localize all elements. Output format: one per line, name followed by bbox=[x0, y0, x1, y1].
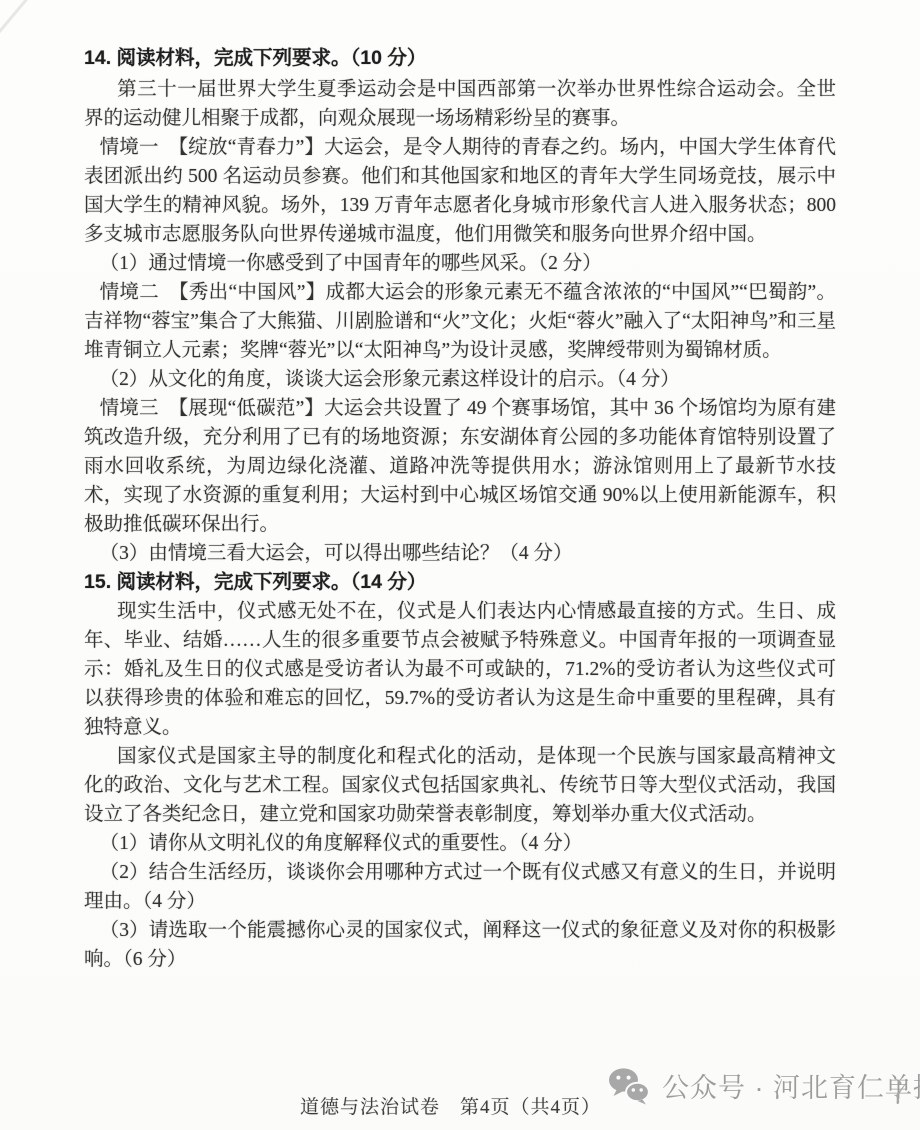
exam-page: 14. 阅读材料，完成下列要求。（10 分） 第三十一届世界大学生夏季运动会是中… bbox=[0, 0, 920, 1130]
page-footer-title: 道德与法治试卷 第4页（共4页） bbox=[300, 1092, 601, 1119]
wechat-watermark-label: 公众号 · 河北育仁单招 bbox=[662, 1066, 920, 1105]
exam-content: 14. 阅读材料，完成下列要求。（10 分） 第三十一届世界大学生夏季运动会是中… bbox=[84, 44, 836, 974]
question-15-heading: 15. 阅读材料，完成下列要求。（14 分） bbox=[84, 568, 836, 597]
question-15-paragraph-2: 国家仪式是国家主导的制度化和程式化的活动，是体现一个民族与国家最高精神文化的政治… bbox=[84, 742, 836, 829]
question-14-subquestion-2: （2）从文化的角度，谈谈大运会形象元素这样设计的启示。（4 分） bbox=[84, 365, 836, 394]
question-14-subquestion-1: （1）通过情境一你感受到了中国青年的哪些风采。（2 分） bbox=[84, 249, 836, 278]
question-14-scenario-3: 情境三 【展现“低碳范”】大运会共设置了 49 个赛事场馆，其中 36 个场馆均… bbox=[84, 394, 836, 539]
wechat-watermark: 公众号 · 河北育仁单招 bbox=[608, 1066, 920, 1105]
question-15-paragraph-1: 现实生活中，仪式感无处不在，仪式是人们表达内心情感最直接的方式。生日、成年、毕业… bbox=[84, 597, 836, 742]
question-15-subquestion-2: （2）结合生活经历，谈谈你会用哪种方式过一个既有仪式感又有意义的生日，并说明理由… bbox=[84, 858, 836, 916]
cropped-character-fragment: 冫 bbox=[891, 1070, 920, 1111]
question-14-heading: 14. 阅读材料，完成下列要求。（10 分） bbox=[84, 44, 836, 73]
question-15-subquestion-1: （1）请你从文明礼仪的角度解释仪式的重要性。（4 分） bbox=[84, 829, 836, 858]
scan-artifact-line bbox=[0, 0, 39, 46]
question-14: 14. 阅读材料，完成下列要求。（10 分） 第三十一届世界大学生夏季运动会是中… bbox=[84, 44, 836, 568]
question-15-subquestion-3: （3）请选取一个能震撼你心灵的国家仪式，阐释这一仪式的象征意义及对你的积极影响。… bbox=[84, 916, 836, 974]
question-14-scenario-2: 情境二 【秀出“中国风”】成都大运会的形象元素无不蕴含浓浓的“中国风”“巴蜀韵”… bbox=[84, 278, 836, 365]
question-15: 15. 阅读材料，完成下列要求。（14 分） 现实生活中，仪式感无处不在，仪式是… bbox=[84, 568, 836, 974]
question-14-subquestion-3: （3）由情境三看大运会，可以得出哪些结论？（4 分） bbox=[84, 539, 836, 568]
wechat-icon bbox=[608, 1067, 650, 1105]
question-14-intro-paragraph: 第三十一届世界大学生夏季运动会是中国西部第一次举办世界性综合运动会。全世界的运动… bbox=[84, 75, 836, 133]
question-14-scenario-1: 情境一 【绽放“青春力”】大运会，是令人期待的青春之约。场内，中国大学生体育代表… bbox=[84, 133, 836, 249]
